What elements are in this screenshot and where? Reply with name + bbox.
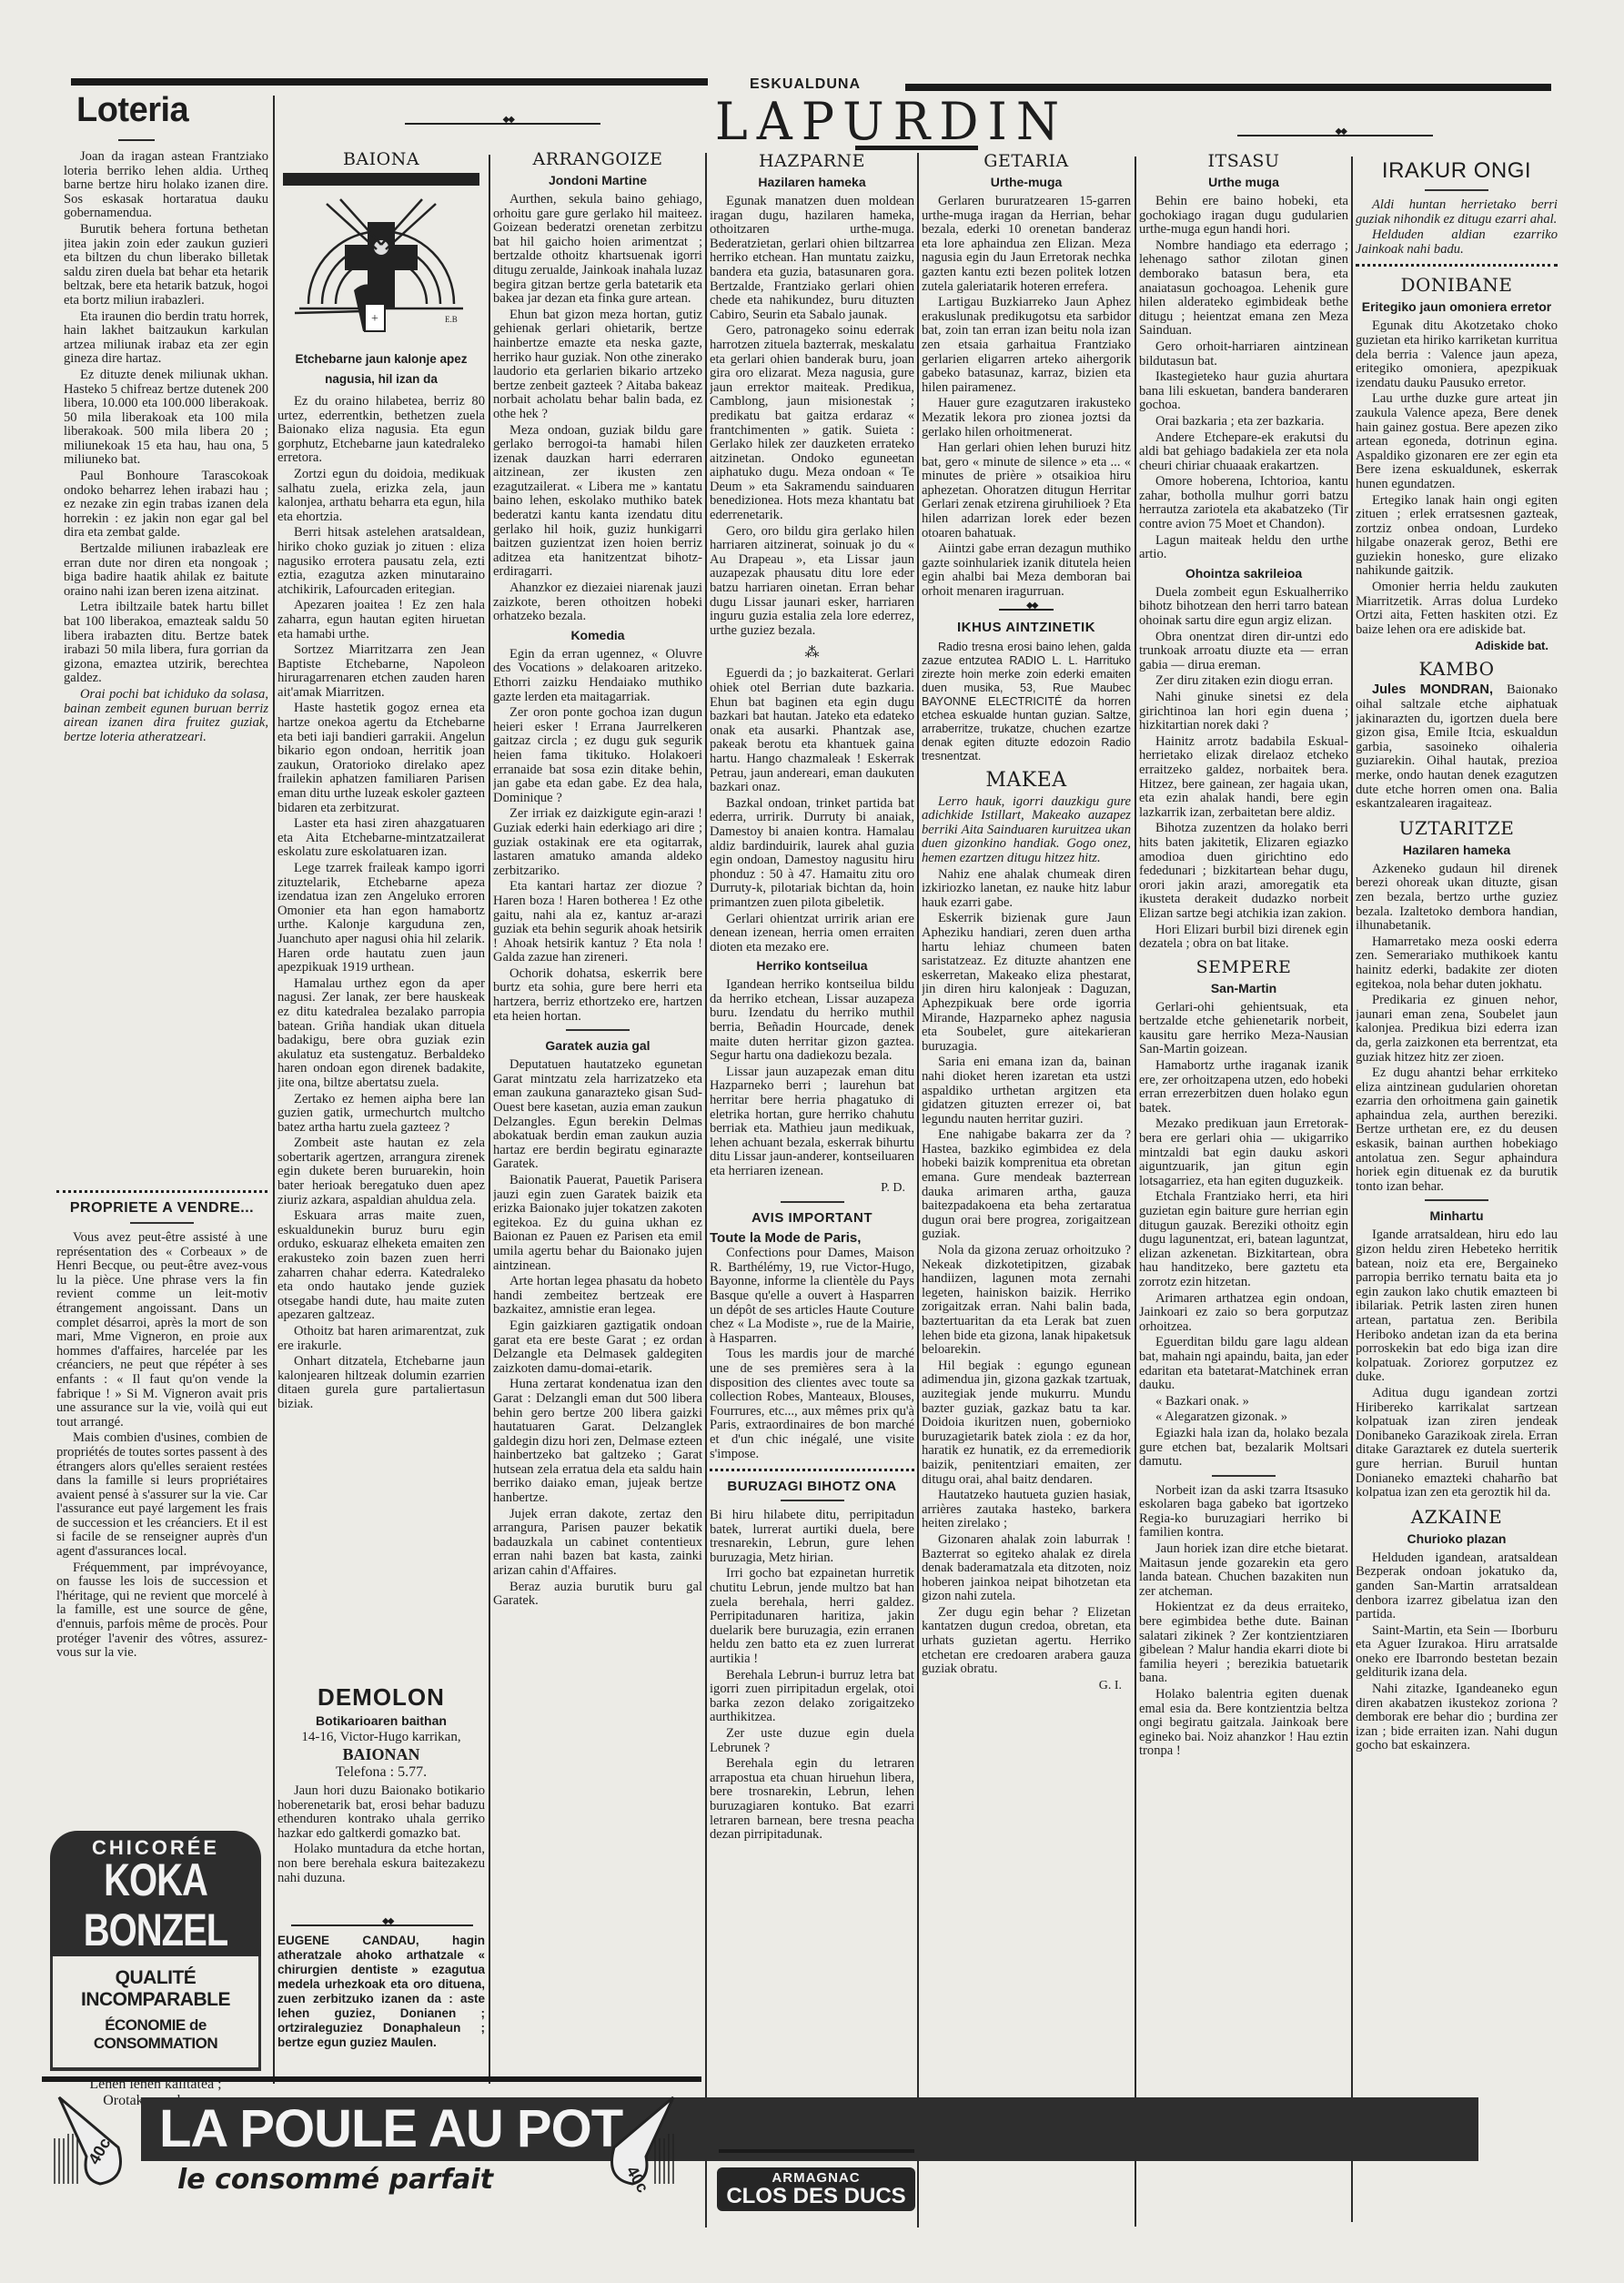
article-paragraph: Haste hastetik gogoz ernea eta hartze on… bbox=[277, 702, 485, 815]
notice-heading-irakur: IRAKUR ONGI bbox=[1356, 158, 1558, 184]
publication-name: ESKUALDUNA bbox=[710, 76, 901, 93]
article-paragraph: Hautatzeko hautueta guzien hasiak, arriè… bbox=[922, 1489, 1131, 1531]
article-paragraph: Zombeit aste hautan ez zela sobertarik a… bbox=[277, 1136, 485, 1207]
article-paragraph: Egin gaizkiaren gaztigatik ondoan garat … bbox=[493, 1319, 702, 1376]
section-heading-kambo: KAMBO bbox=[1356, 658, 1558, 680]
ad-candau: EUGENE CANDAU, hagin atheratzale ahoko a… bbox=[277, 1934, 485, 2070]
divider bbox=[719, 2149, 914, 2153]
column-arrangoize: ARRANGOIZE Jondoni Martine Aurthen, seku… bbox=[493, 144, 702, 2086]
divider bbox=[130, 1222, 194, 1224]
kambo-lead: Jules MONDRAN, bbox=[1372, 682, 1493, 697]
divider bbox=[781, 1201, 844, 1203]
article-paragraph: Confections pour Dames, Maison R. Barthé… bbox=[710, 1247, 914, 1346]
article-paragraph: Letra ibiltzaile batek hartu billet bat … bbox=[64, 601, 268, 686]
article-subheading: Eritegiko jaun omoniera erretor bbox=[1356, 299, 1558, 314]
ad-poule-subtitle: le consommé parfait bbox=[177, 2164, 493, 2196]
column-propriete: PROPRIETE A VENDRE... Vous avez peut-êtr… bbox=[56, 1183, 267, 1811]
article-paragraph: Bi hiru hilabete ditu, perripitadun bate… bbox=[710, 1509, 914, 1565]
article-paragraph: Bertzalde miliunen irabazleak ere erran … bbox=[64, 542, 268, 599]
notice-paragraph: Aldi huntan herrietako berri guziak niho… bbox=[1356, 198, 1558, 227]
article-paragraph: « Alegaratzen gizonak. » bbox=[1139, 1410, 1348, 1425]
ad-armagnac-line1: ARMAGNAC bbox=[717, 2167, 915, 2186]
column-baiona: BAIONA + E.B bbox=[277, 144, 485, 1682]
article-paragraph: Ahanzkor ez diezaiei niarenak jauzi zaiz… bbox=[493, 581, 702, 624]
article-paragraph: Zertako ez hemen aipha bere lan guzien g… bbox=[277, 1093, 485, 1136]
kambo-text: Baionako oihal saltzale etche aiphatuak … bbox=[1356, 682, 1558, 811]
article-paragraph: Meza ondoan, guziak bildu gare gerlako b… bbox=[493, 424, 702, 581]
article-paragraph: Mezako predikuan jaun Erretorak-bera ere… bbox=[1139, 1117, 1348, 1188]
article-paragraph: Bihotza zuzentzen da holako berri hits b… bbox=[1139, 822, 1348, 921]
ad-ikhus-heading: IKHUS AINTZINETIK bbox=[922, 620, 1131, 635]
column-hazparne: HAZPARNE Hazilaren hameka Egunak manatze… bbox=[710, 146, 914, 2147]
column-itsasu: ITSASU Urthe muga Behin ere baino hobeki… bbox=[1139, 146, 1348, 2229]
article-subheading: Churioko plazan bbox=[1356, 1531, 1558, 1546]
article-paragraph: Nombre handiago eta ederrago ; lehenago … bbox=[1139, 239, 1348, 338]
article-paragraph: Zer oron ponte gochoa izan dugun heieri … bbox=[493, 706, 702, 805]
article-paragraph: Eguerdi da ; jo bazkaiterat. Gerlari ohi… bbox=[710, 667, 914, 794]
divider bbox=[781, 1500, 844, 1501]
article-paragraph: Nola da gizona zeruaz orhoitzuko ? Nekea… bbox=[922, 1244, 1131, 1358]
article-paragraph: Obra onentzat diren dir-untzi edo trunko… bbox=[1139, 631, 1348, 673]
section-heading-azkaine: AZKAINE bbox=[1356, 1506, 1558, 1528]
article-paragraph: Hamabortz urthe iraganak izanik ere, zer… bbox=[1139, 1059, 1348, 1116]
poule-cone-icon: 40c bbox=[50, 2093, 150, 2193]
article-paragraph: Gero, patronageko soinu ederrak harrotze… bbox=[710, 324, 914, 522]
column-divider bbox=[705, 153, 707, 2227]
article-paragraph: Eskerrik bizienak gure Jaun Apheziku han… bbox=[922, 912, 1131, 1054]
section-heading-baiona: BAIONA bbox=[277, 149, 485, 169]
column-loteria: Loteria Joan da iragan astean Frantziako… bbox=[64, 91, 268, 1183]
column-divider bbox=[1135, 157, 1136, 2227]
ad-armagnac: ARMAGNAC CLOS DES DUCS bbox=[717, 2167, 915, 2211]
dotted-divider bbox=[710, 1469, 914, 1471]
article-paragraph: Zer uste duzue egin duela Lebrunek ? bbox=[710, 1727, 914, 1755]
divider bbox=[1212, 1475, 1276, 1477]
cross-illustration-icon: + E.B bbox=[290, 195, 472, 340]
article-paragraph: Eta kantari hartaz zer diozue ? Haren bo… bbox=[493, 880, 702, 965]
article-paragraph: Nahi zitazke, Igandeaneko egun diren aka… bbox=[1356, 1682, 1558, 1753]
article-paragraph: Berri hitsak astelehen aratsaldean, hiri… bbox=[277, 526, 485, 597]
masthead-rule-left bbox=[71, 78, 708, 86]
ad-demolon-line1: Botikarioaren baithan bbox=[277, 1713, 485, 1728]
article-title-buruzagi: BURUZAGI BIHOTZ ONA bbox=[710, 1479, 914, 1494]
notice-paragraph: Helduden aldian ezarriko Jainkoak nahi b… bbox=[1356, 228, 1558, 257]
bottom-rule bbox=[42, 2076, 701, 2082]
article-paragraph: Bazkal ondoan, trinket partida bat ederr… bbox=[710, 797, 914, 911]
article-paragraph: Ertegiko lanak hain ongi egiten zituen ;… bbox=[1356, 494, 1558, 580]
column-divider bbox=[1351, 157, 1353, 2222]
article-paragraph: Joan da iragan astean Frantziako loteria… bbox=[64, 150, 268, 221]
column-divider bbox=[273, 96, 275, 2084]
article-paragraph: Lege tzarrek fraileak kampo igorri zituz… bbox=[277, 862, 485, 975]
article-paragraph: Berehala Lebrun-i burruz letra bat igorr… bbox=[710, 1669, 914, 1725]
masthead-ornament-right bbox=[1237, 135, 1433, 136]
article-intro: Lerro hauk, igorri dauzkigu gure adichki… bbox=[922, 795, 1131, 866]
article-paragraph: Gerlaren bururatzearen 15-garren urthe-m… bbox=[922, 195, 1131, 294]
article-paragraph: Vous avez peut-être assisté à une représ… bbox=[56, 1231, 267, 1429]
article-paragraph: Gero, oro bildu gira gerlako hilen harri… bbox=[710, 525, 914, 639]
ad-koka-brand: KOKA BONZEL bbox=[54, 1855, 257, 1955]
column-right: IRAKUR ONGI Aldi huntan herrietako berri… bbox=[1356, 153, 1558, 2237]
article-paragraph: Lagun maiteak heldu den urthe artio. bbox=[1139, 534, 1348, 562]
article-paragraph: Jujek erran dakote, zertaz den arrangura… bbox=[493, 1508, 702, 1579]
article-paragraph: Etchala Frantziako herri, eta hiri guzie… bbox=[1139, 1190, 1348, 1289]
article-paragraph: Duela zombeit egun Eskualherriko bihotz … bbox=[1139, 586, 1348, 629]
signature: P. D. bbox=[710, 1181, 905, 1196]
ad-poule-title: LA POULE AU POT bbox=[159, 2099, 622, 2158]
ad-candau-text: EUGENE CANDAU, hagin atheratzale ahoko a… bbox=[277, 1934, 485, 2050]
article-paragraph: Ez dugu ahantzi behar errkiteko eliza ai… bbox=[1356, 1066, 1558, 1194]
article-subheading: Hazilaren hameka bbox=[710, 175, 914, 189]
article-paragraph: Nahi ginuke sinetsi ez dela girichtinoa … bbox=[1139, 691, 1348, 733]
ornament-divider bbox=[291, 1924, 473, 1926]
article-paragraph: Orai pochi bat ichiduko da solasa, baina… bbox=[64, 688, 268, 744]
newspaper-page: ESKUALDUNA LAPURDIN Loteria Joan da irag… bbox=[0, 0, 1624, 2283]
article-paragraph: Aiintzi gabe erran dezagun muthiko gazte… bbox=[922, 542, 1131, 599]
article-paragraph: Aurthen, sekula baino gehiago, orhoitu g… bbox=[493, 193, 702, 307]
article-paragraph: Eta iraunen dio berdin tratu horrek, hai… bbox=[64, 310, 268, 367]
article-subheading-minhartu: Minhartu bbox=[1356, 1208, 1558, 1223]
article-paragraph: Huna zertarat kondenatua izan den Garat … bbox=[493, 1378, 702, 1505]
article-paragraph: Eguerditan bildu gare lagu aldean bat, m… bbox=[1139, 1336, 1348, 1392]
article-paragraph: Laster eta hasi ziren ahazgatuaren eta A… bbox=[277, 817, 485, 860]
section-heading-arrangoize: ARRANGOIZE bbox=[493, 149, 702, 169]
memorial-illustration: + E.B bbox=[290, 195, 472, 340]
article-paragraph: Andere Etchepare-ek erakutsi du aldi bat… bbox=[1139, 431, 1348, 474]
article-paragraph: Zer dugu egin behar ? Elizetan kantatzen… bbox=[922, 1606, 1131, 1677]
article-paragraph: Han gerlari ohien lehen buruzi hitz bat,… bbox=[922, 441, 1131, 540]
article-paragraph: Burutik behera fortuna bethetan jitea ja… bbox=[64, 223, 268, 308]
article-paragraph: Orai bazkaria ; eta zer bazkaria. bbox=[1139, 415, 1348, 429]
ad-ikhus-text: Radio tresna erosi baino lehen, galda za… bbox=[922, 641, 1131, 763]
article-paragraph: Saint-Martin, eta Sein — Iborburu eta Ag… bbox=[1356, 1624, 1558, 1681]
ad-candau-name: EUGENE CANDAU, bbox=[277, 1934, 419, 1947]
poule-cone-icon-right: 40c bbox=[582, 2093, 682, 2193]
masthead-title: LAPURDIN bbox=[582, 91, 1201, 151]
article-paragraph: Igande arratsaldean, hiru edo lau gizon … bbox=[1356, 1228, 1558, 1385]
article-paragraph: Fréquemment, par imprévoyance, on fausse… bbox=[56, 1561, 267, 1661]
article-paragraph: Berehala egin du letraren arrapostua eta… bbox=[710, 1757, 914, 1843]
article-paragraph: Apezaren joaitea ! Ez zen hala zaharra, … bbox=[277, 599, 485, 641]
article-subheading: Jondoni Martine bbox=[493, 173, 702, 187]
article-paragraph: Zer diru zitaken ezin diogu erran. bbox=[1139, 674, 1348, 689]
article-paragraph: Ez dituzte denek miliunak ukhan. Hasteko… bbox=[64, 369, 268, 468]
article-paragraph: Zortzi egun du doidoia, medikuak salhatu… bbox=[277, 468, 485, 524]
ad-demolon-phone: Telefona : 5.77. bbox=[277, 1764, 485, 1781]
article-paragraph: Tous les mardis jour de marché une de se… bbox=[710, 1348, 914, 1461]
ornament-divider bbox=[999, 609, 1054, 611]
article-title-propriete: PROPRIETE A VENDRE... bbox=[56, 1200, 267, 1217]
article-paragraph: Jaun hori duzu Baionako botikario hobere… bbox=[277, 1784, 485, 1841]
ad-demolon-name: DEMOLON bbox=[277, 1683, 485, 1712]
ad-koka-header: CHICORÉE KOKA BONZEL bbox=[50, 1831, 261, 1956]
article-paragraph: Hil begiak : egungo egunean adimendua ji… bbox=[922, 1359, 1131, 1487]
ad-demolon-address: 14-16, Victor-Hugo karrikan, bbox=[277, 1730, 485, 1745]
ad-avis-lead: Toute la Mode de Paris, bbox=[710, 1231, 914, 1246]
article-paragraph: Arte hortan legea phasatu da hobeto hand… bbox=[493, 1275, 702, 1318]
article-paragraph: Lissar jaun auzapezak eman ditu Hazparne… bbox=[710, 1066, 914, 1179]
article-paragraph: Baionatik Pauerat, Pauetik Parisera jauz… bbox=[493, 1174, 702, 1273]
dotted-divider bbox=[1356, 264, 1558, 267]
article-subheading-kontseilua: Herriko kontseilua bbox=[710, 958, 914, 973]
ad-demolon-city: BAIONAN bbox=[277, 1745, 485, 1764]
article-subheading: Etchebarne jaun kalonje apez nagusia, hi… bbox=[277, 349, 485, 389]
article-title-loteria: Loteria bbox=[76, 91, 268, 130]
svg-text:+: + bbox=[371, 312, 378, 326]
article-paragraph: Deputatuen hautatzeko egunetan Garat min… bbox=[493, 1058, 702, 1172]
ad-avis-heading: AVIS IMPORTANT bbox=[710, 1210, 914, 1226]
article-paragraph: Mais combien d'usines, combien de propri… bbox=[56, 1431, 267, 1559]
section-heading-hazparne: HAZPARNE bbox=[710, 151, 914, 171]
article-paragraph: Behin ere baino hobeki, eta gochokiago i… bbox=[1139, 195, 1348, 237]
article-paragraph: Beraz auzia burutik buru gal Garatek. bbox=[493, 1581, 702, 1609]
article-paragraph: Azkeneko gudaun hil direnek berezi ohore… bbox=[1356, 863, 1558, 934]
article-paragraph: Omore hoberena, Ichtorioa, kantu zahar, … bbox=[1139, 475, 1348, 531]
ad-demolon: DEMOLON Botikarioaren baithan 14-16, Vic… bbox=[277, 1683, 485, 1920]
article-paragraph: Sortzez Miarritzarra zen Jean Baptiste E… bbox=[277, 643, 485, 700]
masthead-ornament-left bbox=[405, 123, 600, 125]
article-paragraph: Hainitz arrotz badabila Eskual-herrietak… bbox=[1139, 735, 1348, 821]
section-heading-getaria: GETARIA bbox=[922, 151, 1131, 171]
divider bbox=[118, 139, 155, 141]
column-getaria: GETARIA Urthe-muga Gerlaren bururatzeare… bbox=[922, 146, 1131, 2238]
black-bar bbox=[283, 173, 479, 186]
article-paragraph: Hauer gure ezagutzaren irakusteko Mezati… bbox=[922, 397, 1131, 439]
signature: G. I. bbox=[922, 1679, 1122, 1693]
section-heading-sempere: SEMPERE bbox=[1139, 957, 1348, 977]
article-paragraph: Ochorik dohatsa, eskerrik bere burtz eta… bbox=[493, 967, 702, 1024]
article-subheading: Urthe muga bbox=[1139, 175, 1348, 189]
article-paragraph: Saria eni emana izan da, bainan nahi dio… bbox=[922, 1056, 1131, 1126]
article-paragraph: Hamalau urthez egon da aper nagusi. Zer … bbox=[277, 977, 485, 1091]
article-paragraph: Egiazki hala izan da, holako bezala gure… bbox=[1139, 1427, 1348, 1470]
article-paragraph: Egunak manatzen duen moldean iragan dugu… bbox=[710, 195, 914, 322]
dotted-divider bbox=[56, 1190, 267, 1193]
article-paragraph: Egin da erran ugennez, « Oluvre des Voca… bbox=[493, 648, 702, 704]
article-paragraph: Gero orhoit-harriaren aintzinean bilduta… bbox=[1139, 340, 1348, 369]
article-paragraph: Arimaren arthatzea egin ondoan, Jainkoar… bbox=[1139, 1292, 1348, 1335]
masthead-rule-right bbox=[905, 84, 1551, 91]
article-subheading: Hazilaren hameka bbox=[1356, 843, 1558, 857]
divider bbox=[1425, 1199, 1488, 1201]
article-paragraph: Paul Bonhoure Tarascokoak ondoko beharre… bbox=[64, 470, 268, 540]
ad-koka-line3: QUALITÉ INCOMPARABLE bbox=[56, 1967, 255, 2011]
article-paragraph: Othoitz bat haren arimarentzat, zuk ere … bbox=[277, 1325, 485, 1353]
article-paragraph: Onhart ditzatela, Etchebarne jaun kalonj… bbox=[277, 1355, 485, 1411]
section-heading-donibane: DONIBANE bbox=[1356, 274, 1558, 296]
article-paragraph: Holako muntadura da etche hortan, non be… bbox=[277, 1843, 485, 1885]
section-heading-makea: MAKEA bbox=[922, 769, 1131, 792]
article-subheading-komedia: Komedia bbox=[493, 628, 702, 642]
article-paragraph: Ikastegieteko haur guzia ahurtara bana l… bbox=[1139, 370, 1348, 413]
ad-koka-line4: ÉCONOMIE de CONSOMMATION bbox=[56, 2016, 255, 2053]
article-paragraph: Jaun horiek izan dire etche bietarat. Ma… bbox=[1139, 1542, 1348, 1599]
article-paragraph: Holako balentria egiten duenak emal esia… bbox=[1139, 1688, 1348, 1759]
divider bbox=[1425, 189, 1488, 191]
article-paragraph: Helduden igandean, aratsaldean Bezperak … bbox=[1356, 1551, 1558, 1622]
article-paragraph: Ez du oraino hilabetea, berriz 80 urtez,… bbox=[277, 395, 485, 466]
article-paragraph: Ehun bat gizon meza hortan, gutiz gehien… bbox=[493, 308, 702, 422]
article-paragraph: Ene nahigabe bakarra zer da ? Hastea, ba… bbox=[922, 1128, 1131, 1242]
article-paragraph: Aditua dugu igandean zortzi Hiribereko k… bbox=[1356, 1387, 1558, 1500]
article-subheading: San-Martin bbox=[1139, 981, 1348, 995]
article-paragraph: Omonier herria heldu zaukuten Miarritzet… bbox=[1356, 581, 1558, 637]
article-paragraph: « Bazkari onak. » bbox=[1139, 1395, 1348, 1409]
article-paragraph: Hokientzat ez da deus erraiteko, bere eg… bbox=[1139, 1601, 1348, 1686]
illustration-credit: E.B bbox=[445, 315, 458, 324]
article-paragraph-kambo: Jules MONDRAN, Baionako oihal saltzale e… bbox=[1356, 683, 1558, 811]
ad-armagnac-line2: CLOS DES DUCS bbox=[717, 2186, 915, 2207]
article-paragraph: Eskuara arras maite zuen, eskualdunekin … bbox=[277, 1209, 485, 1323]
article-paragraph: Gerlari ohientzat urririk arian ere dene… bbox=[710, 913, 914, 955]
ad-koka-body: QUALITÉ INCOMPARABLE ÉCONOMIE de CONSOMM… bbox=[50, 1956, 261, 2071]
ad-candau-body: hagin atheratzale ahoko arthatzale « chi… bbox=[277, 1934, 485, 2049]
asterism-divider: ⁂ bbox=[710, 643, 914, 662]
article-paragraph: Gizonaren ahalak zoin laburrak ! Bazterr… bbox=[922, 1533, 1131, 1604]
divider bbox=[566, 1029, 630, 1031]
signature: Adiskide bat. bbox=[1356, 639, 1548, 652]
article-paragraph: Lartigau Buzkiarreko Jaun Aphez erakuslu… bbox=[922, 296, 1131, 395]
ad-koka-bonzel: CHICORÉE KOKA BONZEL QUALITÉ INCOMPARABL… bbox=[50, 1831, 261, 2109]
column-divider bbox=[489, 155, 490, 2084]
article-paragraph: Hori Elizari burbil bizi direnek egin de… bbox=[1139, 924, 1348, 952]
article-paragraph: Egunak ditu Akotzetako choko guzietan et… bbox=[1356, 319, 1558, 390]
section-heading-uztaritze: UZTARITZE bbox=[1356, 817, 1558, 839]
article-paragraph: Nahiz ene ahalak chumeak diren izkiriozk… bbox=[922, 868, 1131, 911]
article-subheading-garatek: Garatek auzia gal bbox=[493, 1038, 702, 1053]
section-heading-itsasu: ITSASU bbox=[1139, 151, 1348, 171]
article-paragraph: Norbeit izan da aski tzarra Itsasuko esk… bbox=[1139, 1484, 1348, 1541]
article-paragraph: Gerlari-ohi gehientsuak, eta bertzalde e… bbox=[1139, 1001, 1348, 1057]
article-paragraph: Irri gocho bat ezpainetan hurretik chuti… bbox=[710, 1567, 914, 1666]
article-subheading: Urthe-muga bbox=[922, 175, 1131, 189]
article-paragraph: Igandean herriko kontseilua bildu da her… bbox=[710, 978, 914, 1064]
article-paragraph: Zer irriak ez daizkigute egin-arazi ! Gu… bbox=[493, 807, 702, 878]
article-paragraph: Predikaria ez ginuen nehor, jaunari eman… bbox=[1356, 994, 1558, 1065]
article-paragraph: Hamarretako meza ooski ederra zen. Semer… bbox=[1356, 935, 1558, 992]
article-subheading-ohointza: Ohointza sakrileioa bbox=[1139, 566, 1348, 581]
article-paragraph: Lau urthe duzke gure arteat jin zaukula … bbox=[1356, 392, 1558, 491]
column-divider bbox=[917, 153, 919, 2227]
